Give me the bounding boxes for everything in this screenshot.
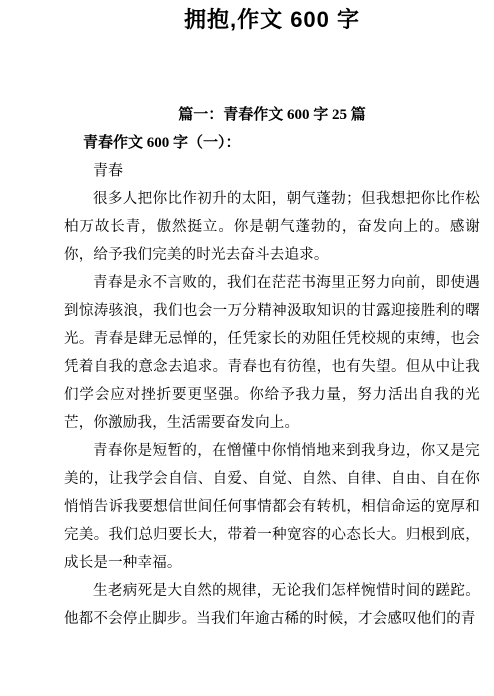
document-content: 拥抱,作文 600 字 篇一：青春作文 600 字 25 篇 青春作文 600 … bbox=[0, 0, 494, 633]
paragraph-3: 青春你是短暂的，在憎懂中你悄悄地来到我身边，你又是完美的，让我学会自信、自爱、自… bbox=[64, 437, 480, 577]
paragraph-2: 青春是永不言败的，我们在茫茫书海里正努力向前，即使遇到惊涛骇浪，我们也会一万分精… bbox=[64, 269, 480, 437]
section-heading: 青春作文 600 字（一）： bbox=[83, 129, 480, 157]
document-title: 拥抱,作文 600 字 bbox=[64, 6, 480, 34]
document-page: 拥抱,作文 600 字 篇一：青春作文 600 字 25 篇 青春作文 600 … bbox=[0, 0, 494, 696]
paragraph-4: 生老病死是大自然的规律，无论我们怎样惋惜时间的蹉跎。他都不会停止脚步。当我们年逾… bbox=[64, 577, 480, 633]
paragraph-1: 很多人把你比作初升的太阳，朝气蓬勃；但我想把你比作松柏万故长青，傲然挺立。你是朝… bbox=[64, 185, 480, 269]
document-subtitle: 篇一：青春作文 600 字 25 篇 bbox=[64, 101, 480, 129]
essay-title: 青春 bbox=[93, 157, 480, 185]
